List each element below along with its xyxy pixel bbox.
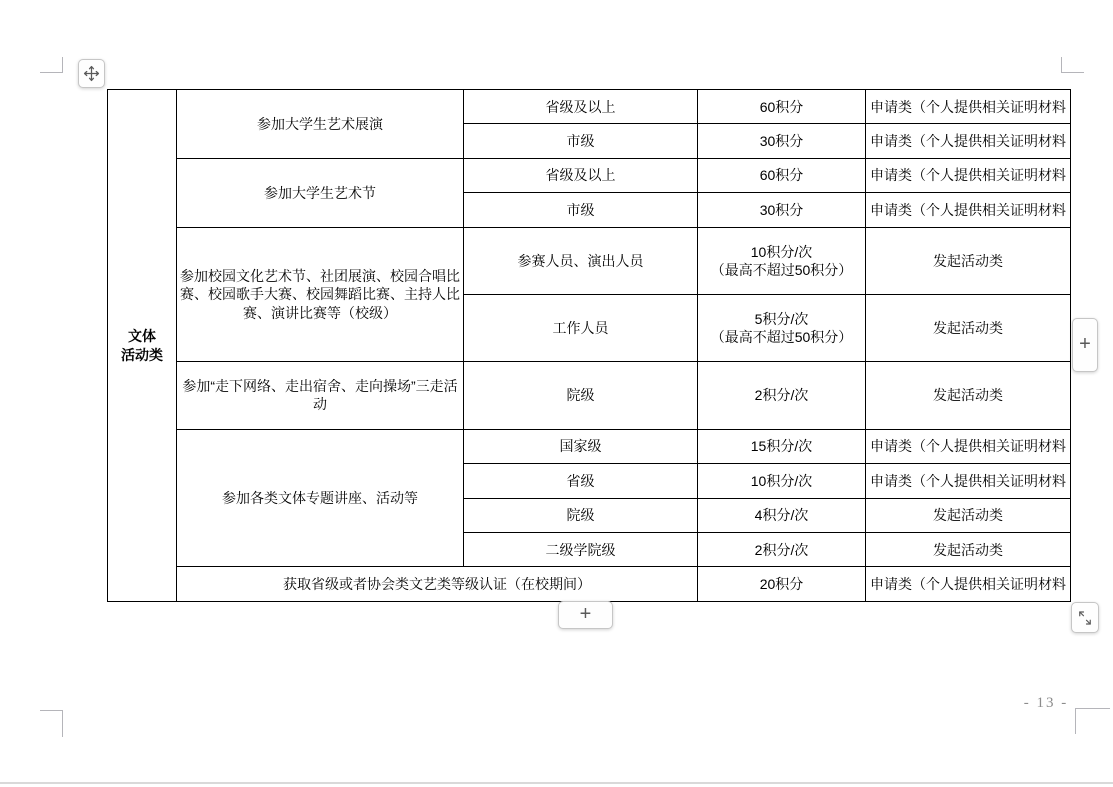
table-row: 文体 活动类 参加大学生艺术展演 省级及以上 60积分 申请类（个人提供相关证明… (108, 90, 1071, 124)
table-row: 参加大学生艺术节 省级及以上 60积分 申请类（个人提供相关证明材料 (108, 158, 1071, 192)
type-cell[interactable]: 申请类（个人提供相关证明材料 (866, 193, 1071, 227)
points-cell[interactable]: 10积分/次 (698, 464, 866, 498)
level-cell[interactable]: 工作人员 (464, 295, 698, 362)
level-cell[interactable]: 院级 (464, 498, 698, 532)
page-number: - 13 - (1014, 695, 1078, 712)
move-icon (82, 64, 101, 83)
level-cell[interactable]: 市级 (464, 193, 698, 227)
level-cell[interactable]: 二级学院级 (464, 533, 698, 567)
table-row: 参加校园文化艺术节、社团展演、校园合唱比赛、校园歌手大赛、校园舞蹈比赛、主持人比… (108, 227, 1071, 294)
points-cell[interactable]: 30积分 (698, 193, 866, 227)
activity-cell[interactable]: 参加大学生艺术节 (177, 158, 464, 227)
points-cell[interactable]: 2积分/次 (698, 533, 866, 567)
margin-crop-mark-top-right (1061, 57, 1084, 73)
margin-crop-mark-bottom-left (40, 710, 63, 737)
type-cell[interactable]: 申请类（个人提供相关证明材料 (866, 124, 1071, 158)
activity-cell[interactable]: 获取省级或者协会类文艺类等级认证（在校期间） (177, 567, 698, 602)
points-cell[interactable]: 60积分 (698, 90, 866, 124)
points-cell[interactable]: 30积分 (698, 124, 866, 158)
points-cell[interactable]: 2积分/次 (698, 362, 866, 429)
activity-cell[interactable]: 参加“走下网络、走出宿舍、走向操场”三走活动 (177, 362, 464, 429)
table-resize-handle[interactable] (1071, 602, 1099, 633)
page-bottom-edge (0, 782, 1113, 784)
table-row: 参加各类文体专题讲座、活动等 国家级 15积分/次 申请类（个人提供相关证明材料 (108, 429, 1071, 463)
type-cell[interactable]: 发起活动类 (866, 295, 1071, 362)
level-cell[interactable]: 参赛人员、演出人员 (464, 227, 698, 294)
plus-icon: + (1079, 334, 1091, 354)
table-row: 参加“走下网络、走出宿舍、走向操场”三走活动 院级 2积分/次 发起活动类 (108, 362, 1071, 429)
activity-cell[interactable]: 参加各类文体专题讲座、活动等 (177, 429, 464, 567)
plus-icon: + (580, 604, 592, 624)
type-cell[interactable]: 发起活动类 (866, 533, 1071, 567)
level-cell[interactable]: 国家级 (464, 429, 698, 463)
points-cell[interactable]: 10积分/次 （最高不超过50积分） (698, 227, 866, 294)
type-cell[interactable]: 申请类（个人提供相关证明材料 (866, 567, 1071, 602)
resize-icon (1076, 609, 1094, 627)
points-cell[interactable]: 20积分 (698, 567, 866, 602)
type-cell[interactable]: 申请类（个人提供相关证明材料 (866, 464, 1071, 498)
level-cell[interactable]: 市级 (464, 124, 698, 158)
points-cell[interactable]: 60积分 (698, 158, 866, 192)
margin-crop-mark-bottom-right (1075, 708, 1110, 734)
level-cell[interactable]: 院级 (464, 362, 698, 429)
add-column-button[interactable]: + (1072, 318, 1098, 372)
points-cell[interactable]: 15积分/次 (698, 429, 866, 463)
type-cell[interactable]: 申请类（个人提供相关证明材料 (866, 429, 1071, 463)
type-cell[interactable]: 申请类（个人提供相关证明材料 (866, 90, 1071, 124)
category-cell[interactable]: 文体 活动类 (108, 90, 177, 602)
type-cell[interactable]: 发起活动类 (866, 498, 1071, 532)
type-cell[interactable]: 发起活动类 (866, 227, 1071, 294)
level-cell[interactable]: 省级及以上 (464, 90, 698, 124)
document-page: 文体 活动类 参加大学生艺术展演 省级及以上 60积分 申请类（个人提供相关证明… (0, 0, 1113, 787)
table-row: 获取省级或者协会类文艺类等级认证（在校期间） 20积分 申请类（个人提供相关证明… (108, 567, 1071, 602)
level-cell[interactable]: 省级及以上 (464, 158, 698, 192)
add-row-button[interactable]: + (558, 601, 613, 629)
activity-cell[interactable]: 参加校园文化艺术节、社团展演、校园合唱比赛、校园歌手大赛、校园舞蹈比赛、主持人比… (177, 227, 464, 361)
points-cell[interactable]: 4积分/次 (698, 498, 866, 532)
level-cell[interactable]: 省级 (464, 464, 698, 498)
activity-cell[interactable]: 参加大学生艺术展演 (177, 90, 464, 159)
points-cell[interactable]: 5积分/次 （最高不超过50积分） (698, 295, 866, 362)
activity-points-table: 文体 活动类 参加大学生艺术展演 省级及以上 60积分 申请类（个人提供相关证明… (107, 89, 1071, 602)
table-move-handle[interactable] (78, 59, 105, 88)
type-cell[interactable]: 发起活动类 (866, 362, 1071, 429)
type-cell[interactable]: 申请类（个人提供相关证明材料 (866, 158, 1071, 192)
margin-crop-mark-top-left (40, 57, 63, 73)
